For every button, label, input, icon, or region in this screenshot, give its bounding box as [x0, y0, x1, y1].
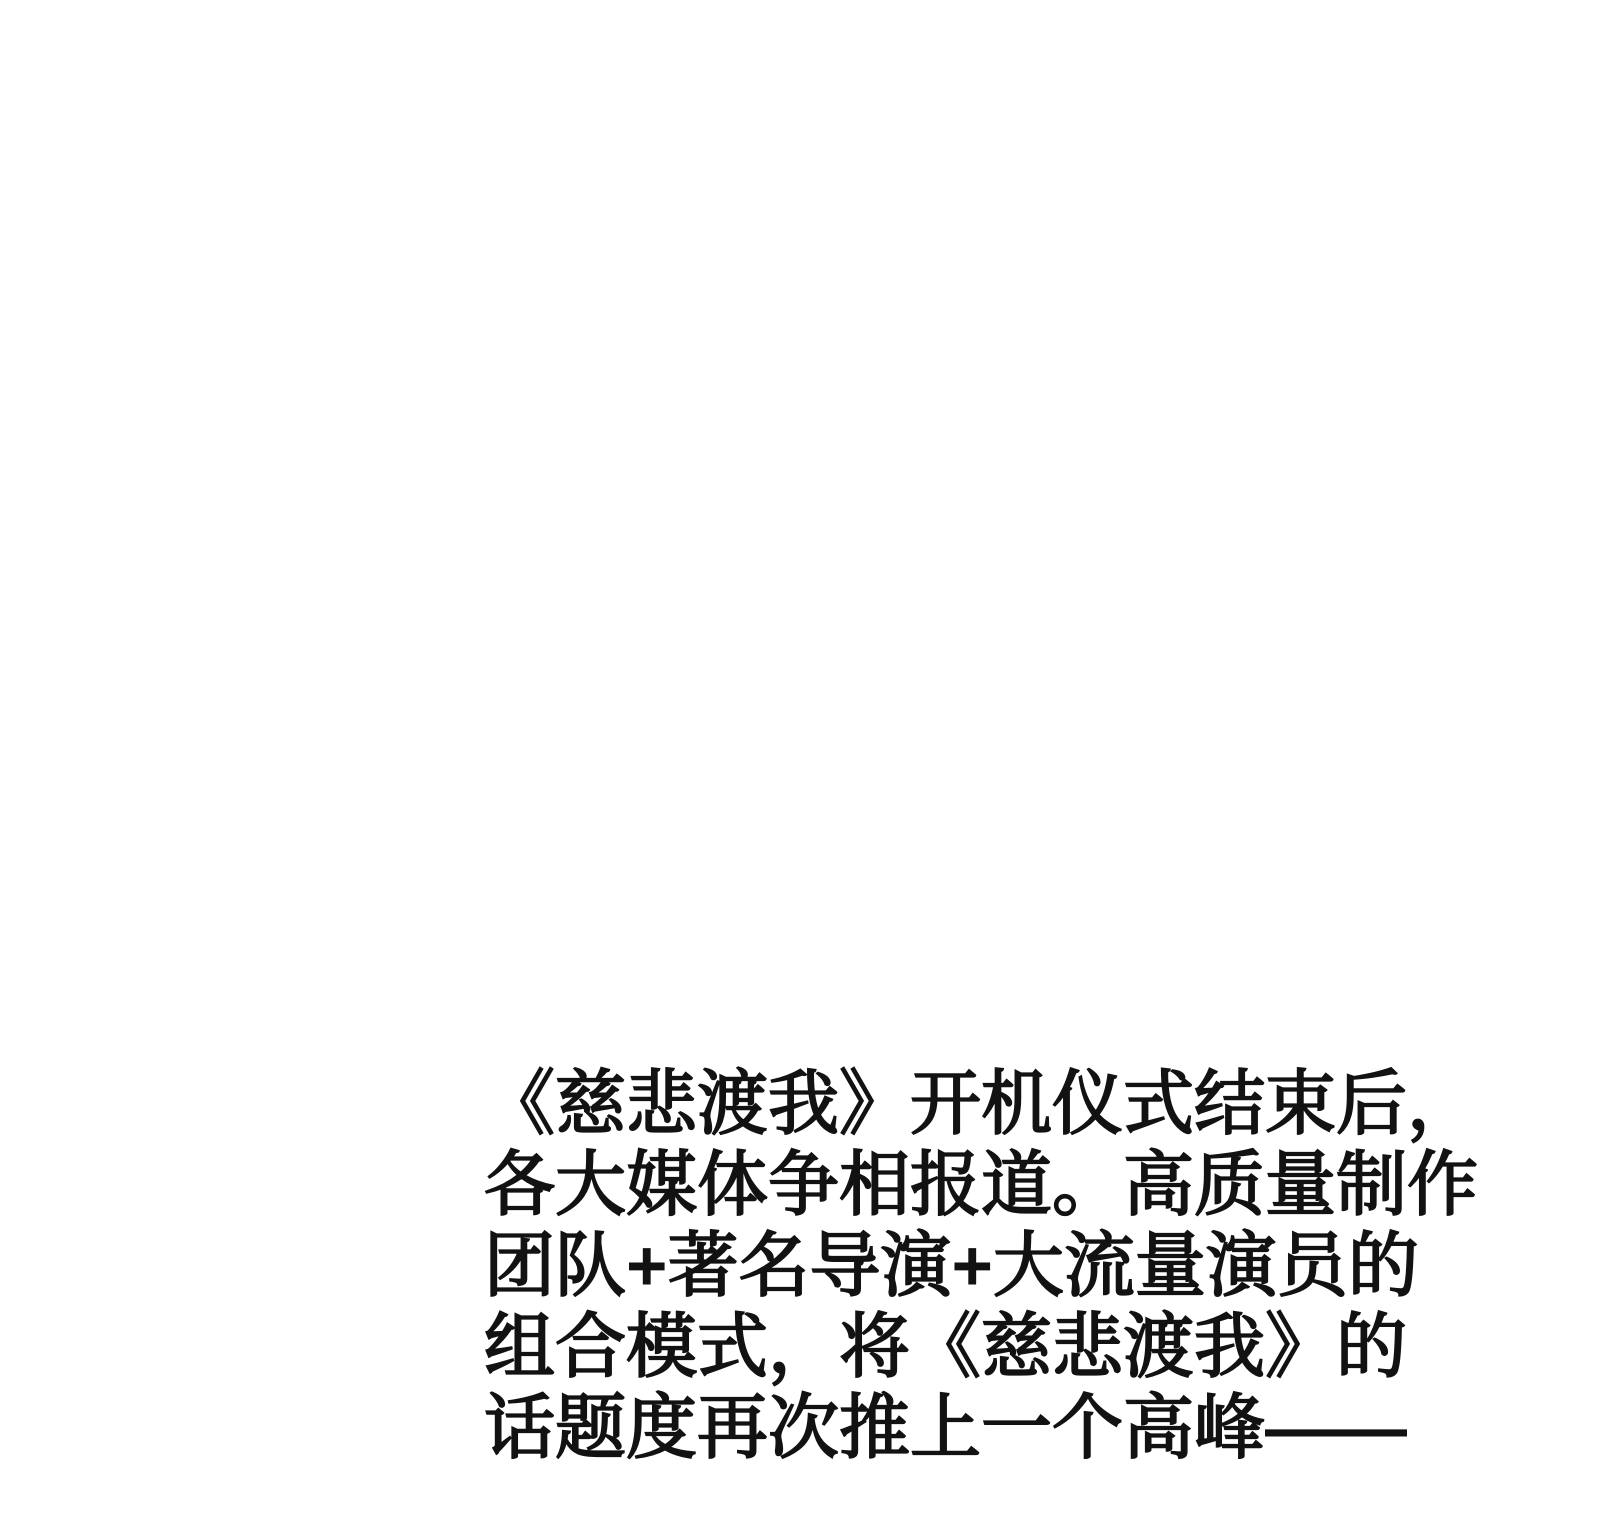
narration-line-1: 《慈悲渡我》开机仪式结束后， [484, 1064, 1478, 1145]
comic-page: 《慈悲渡我》开机仪式结束后， 各大媒体争相报道。高质量制作 团队+著名导演+大流… [0, 0, 1600, 1516]
narration-line-4: 组合模式，将《慈悲渡我》的 [484, 1307, 1478, 1388]
narration-text-block: 《慈悲渡我》开机仪式结束后， 各大媒体争相报道。高质量制作 团队+著名导演+大流… [484, 1064, 1478, 1469]
narration-line-3: 团队+著名导演+大流量演员的 [484, 1226, 1478, 1307]
narration-line-2: 各大媒体争相报道。高质量制作 [484, 1145, 1478, 1226]
narration-line-5: 话题度再次推上一个高峰—— [484, 1388, 1478, 1469]
